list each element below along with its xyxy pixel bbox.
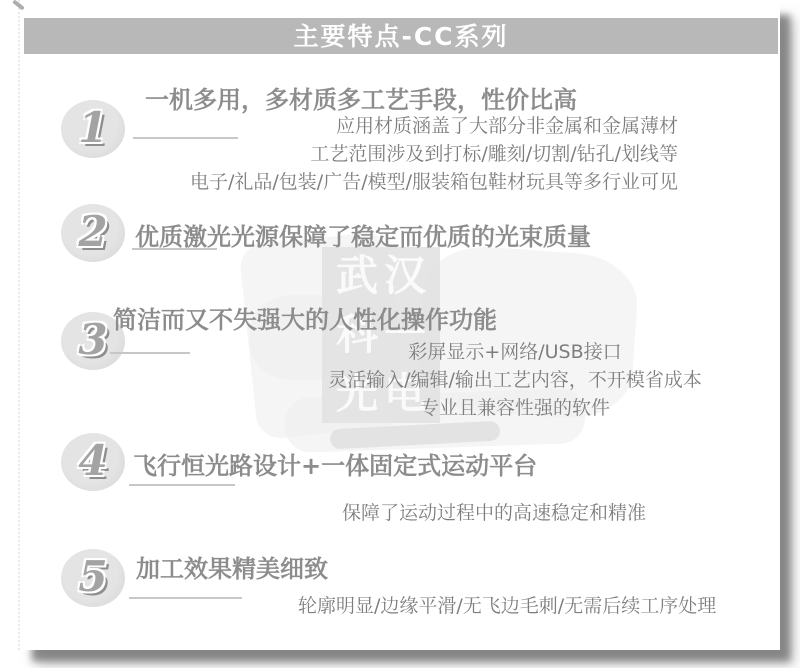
feature-1-heading: 一机多用，多材质多工艺手段，性价比高 (145, 80, 577, 115)
feature-4-badge: 4 (61, 433, 125, 491)
underline (129, 597, 242, 599)
underline (132, 248, 217, 250)
watermark-text: 武汉 (330, 250, 432, 302)
underline (129, 484, 235, 486)
detail-line: 灵活输入/编辑/输出工艺内容，不开模省成本 (300, 366, 730, 394)
detail-line: 专业且兼容性强的软件 (300, 394, 730, 422)
underline (110, 352, 190, 354)
feature-4-heading: 飞行恒光路设计+一体固定式运动平台 (133, 446, 537, 481)
feature-1-details: 应用材质涵盖了大部分非金属和金属薄材 工艺范围涉及到打标/雕刻/切割/钻孔/划线… (190, 112, 678, 196)
feature-5-badge: 5 (61, 549, 125, 607)
feature-5-details: 轮廓明显/边缘平滑/无飞边毛刺/无需后续工序处理 (298, 592, 716, 620)
feature-2-heading: 优质激光光源保障了稳定而优质的光束质量 (135, 217, 591, 252)
feature-2-badge: 2 (61, 204, 125, 262)
detail-line: 应用材质涵盖了大部分非金属和金属薄材 (190, 112, 678, 140)
detail-line: 彩屏显示+网络/USB接口 (300, 338, 730, 366)
detail-line: 电子/礼品/包装/广告/模型/服装箱包鞋材玩具等多行业可见 (190, 168, 678, 196)
feature-5-number: 5 (78, 549, 107, 605)
detail-line: 工艺范围涉及到打标/雕刻/切割/钻孔/划线等 (190, 140, 678, 168)
detail-line: 保障了运动过程中的高速稳定和精准 (342, 499, 646, 527)
feature-1-number: 1 (78, 100, 107, 156)
detail-line: 轮廓明显/边缘平滑/无飞边毛刺/无需后续工序处理 (298, 592, 716, 620)
page-title: 主要特点-CC系列 (24, 18, 778, 54)
feature-4-details: 保障了运动过程中的高速稳定和精准 (342, 499, 646, 527)
feature-1-badge: 1 (61, 100, 125, 158)
feature-3-number: 3 (78, 312, 107, 368)
feature-3-details: 彩屏显示+网络/USB接口 灵活输入/编辑/输出工艺内容，不开模省成本 专业且兼… (300, 338, 730, 422)
feature-2-number: 2 (78, 204, 107, 260)
feature-4-number: 4 (78, 433, 107, 489)
feature-5-heading: 加工效果精美细致 (136, 549, 328, 584)
feature-3-heading: 简洁而又不失强大的人性化操作功能 (113, 300, 497, 335)
page: 武汉 科一 光电 主要特点-CC系列 1 一机多用，多材质多工艺手段，性价比高 … (0, 0, 800, 668)
